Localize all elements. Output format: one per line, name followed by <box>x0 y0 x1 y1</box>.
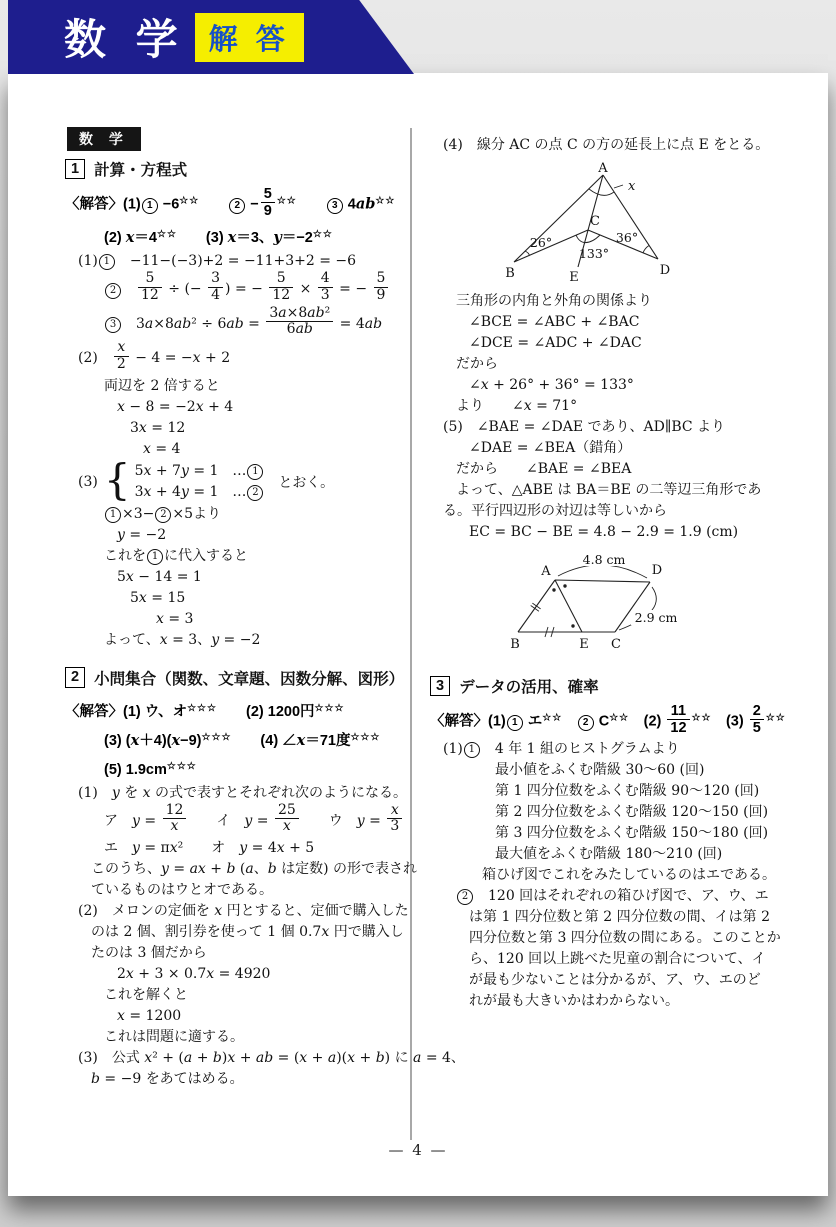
math-variable: y <box>181 463 189 479</box>
math-variable: x <box>277 840 285 856</box>
circled-number: 1 <box>507 715 523 731</box>
section-title: 小問集合（関数、文章題、因数分解、図形） <box>94 667 404 689</box>
math-variable: x <box>126 569 134 585</box>
solution-line: ら、120 回以上跳べた児童の割合について、イ <box>430 949 794 970</box>
star-rating: ☆☆ <box>179 196 199 207</box>
math-variable: y <box>357 813 365 829</box>
solution-line: 最大値をふくむ階級 180～210 (回) <box>430 844 794 865</box>
solution-line: (3) 公式 x² + (a + b)x + ab = (x + a)(x + … <box>65 1048 411 1069</box>
point-label-e: E <box>579 637 589 652</box>
math-variable: ab <box>226 316 243 332</box>
solution-line: (5) ∠BAE = ∠DAE であり、AD∥BC より <box>430 417 794 438</box>
solution-line: が最も少ないことは分かるが、ア、ウ、エのど <box>430 970 794 991</box>
solution-line: x = 3 <box>65 609 411 630</box>
answer-line: (3) (x＋4)(x−9)☆☆☆ (4) ∠x＝71度☆☆☆ <box>65 725 411 754</box>
math-variable: y <box>211 632 219 648</box>
triangle-diagram: A B C D E x 26° 36° 133° <box>476 162 706 287</box>
math-variable: x <box>144 1050 152 1066</box>
fraction: 59 <box>261 186 275 219</box>
math-variable: x <box>117 399 125 415</box>
math-variable: x <box>117 1008 125 1024</box>
section-heading: 1計算・方程式 <box>65 158 411 180</box>
answer-badge: 解 答 <box>195 13 304 62</box>
fraction: 1112 <box>667 703 689 736</box>
math-variable: x <box>297 732 306 749</box>
circled-number: 3 <box>327 198 343 214</box>
math-variable: x <box>171 818 179 834</box>
solution-line: 第 1 四分位数をふくむ階級 90～120 (回) <box>430 781 794 802</box>
math-variable: x <box>321 924 329 940</box>
right-column: (4) 線分 AC の点 C の方の延長上に点 E をとる。 A B C D E… <box>430 127 794 1012</box>
math-variable: x <box>391 802 399 818</box>
fraction: 25x <box>275 803 299 835</box>
point-label-d: D <box>652 563 662 578</box>
math-variable: b <box>268 861 277 877</box>
math-variable: x <box>170 840 178 856</box>
header-banner: 数 学 解 答 <box>8 0 414 74</box>
fraction: 25 <box>750 703 764 736</box>
point-label-e: E <box>569 270 579 285</box>
math-variable: y <box>161 861 169 877</box>
circled-number: 2 <box>457 889 473 905</box>
point-label-a: A <box>540 564 551 579</box>
parallelogram-diagram: 4.8 cm 2.9 cm A D B E C <box>488 547 703 659</box>
math-variable: x <box>347 1050 355 1066</box>
math-variable: x <box>196 399 204 415</box>
fraction: 3a×8ab²6ab <box>266 306 333 338</box>
solution-line: は第 1 四分位数と第 2 四分位数の間、イは第 2 <box>430 907 794 928</box>
solution-line: 最小値をふくむ階級 30～60 (回) <box>430 760 794 781</box>
solution-line: (1)1 4 年 1 組のヒストグラムより <box>430 739 794 760</box>
math-variable: x <box>481 377 489 393</box>
circled-number: 2 <box>229 198 245 214</box>
math-variable: x <box>227 1050 235 1066</box>
fraction: 512 <box>269 271 293 303</box>
section-title: 計算・方程式 <box>94 158 187 180</box>
math-variable: x <box>126 229 135 246</box>
math-variable: y <box>273 229 281 246</box>
math-variable: y <box>132 813 140 829</box>
fraction: 512 <box>138 271 162 303</box>
math-variable: x <box>143 785 151 801</box>
answer-sheet-page: 数 学1計算・方程式〈解答〉(1)1 −6☆☆ 2 −59☆☆ 3 4ab☆☆(… <box>8 73 828 1196</box>
math-variable: x <box>144 463 152 479</box>
point-label-b: B <box>505 266 515 281</box>
section-number: 1 <box>65 159 85 179</box>
solution-line: れが最も大きいかはわからない。 <box>430 991 794 1012</box>
system-rows: 5x + 7y = 1 …13x + 4y = 1 …2 <box>135 461 265 503</box>
left-column: 数 学1計算・方程式〈解答〉(1)1 −6☆☆ 2 −59☆☆ 3 4ab☆☆(… <box>65 127 411 1090</box>
solution-line: これは問題に適する。 <box>65 1027 411 1048</box>
section-heading: 3データの活用、確率 <box>430 675 794 697</box>
math-variable: x <box>206 966 214 982</box>
length-dc-label: 2.9 cm <box>635 610 678 625</box>
solution-line: より ∠x = 71° <box>430 396 794 417</box>
solution-line: ∠DAE = ∠BEA（錯角） <box>430 438 794 459</box>
item-number: (3) <box>78 474 98 490</box>
section-number: 3 <box>430 676 450 696</box>
solution-line: よって、△ABE は BA＝BE の二等辺三角形であ <box>430 480 794 501</box>
point-label-d: D <box>660 263 670 278</box>
circled-number: 2 <box>105 283 121 299</box>
solution-line: 2x + 3 × 0.7x = 4920 <box>65 964 411 985</box>
star-rating: ☆☆☆ <box>202 732 232 743</box>
solution-line: (1) y を x の式で表すとそれぞれ次のようになる。 <box>65 783 411 804</box>
answer-line: 〈解答〉(1)1 −6☆☆ 2 −59☆☆ 3 4ab☆☆ <box>65 187 411 222</box>
solution-line: 四分位数と第 3 四分位数の間にある。このことか <box>430 928 794 949</box>
subject-title: 数 学 <box>64 7 187 67</box>
solution-line: y = −2 <box>65 525 411 546</box>
length-ad-label: 4.8 cm <box>583 552 626 567</box>
solution-line: 両辺を 2 倍すると <box>65 376 411 397</box>
fraction: x2 <box>114 340 129 372</box>
star-rating: ☆☆ <box>609 713 629 724</box>
solution-line: だから <box>430 354 794 375</box>
circled-number: 1 <box>464 742 480 758</box>
solution-line: これを解くと <box>65 985 411 1006</box>
math-variable: x <box>160 632 168 648</box>
math-variable: a <box>245 861 253 877</box>
math-variable: x <box>214 903 222 919</box>
solution-line: 5x = 15 <box>65 588 411 609</box>
math-variable: x <box>117 339 125 355</box>
system-tail-text: とおく。 <box>278 472 334 492</box>
solution-line: 3x = 12 <box>65 418 411 439</box>
solution-line: ア y = 12x イ y = 25x ウ y = x3 <box>65 804 411 838</box>
solution-line: 3 3a×8ab² ÷ 6ab = 3a×8ab²6ab = 4ab <box>65 307 411 341</box>
answer-line: (5) 1.9cm☆☆☆ <box>65 754 411 783</box>
solution-line: 2 512 ÷ (− 34) = − 512 × 43 = − 59 <box>65 272 411 306</box>
circled-number: 1 <box>105 507 121 523</box>
page-number: — 4 — <box>8 1141 828 1159</box>
solution-line: たのは 3 個だから <box>65 943 411 964</box>
math-variable: x <box>139 590 147 606</box>
math-variable: ab <box>174 316 191 332</box>
point-label-c: C <box>611 637 621 652</box>
solution-line: x − 8 = −2x + 4 <box>65 397 411 418</box>
math-variable: x <box>143 441 151 457</box>
solution-line: 箱ひげ図でこれをみたしているのはエである。 <box>430 865 794 886</box>
solution-line: これを1に代入すると <box>65 546 411 567</box>
angle-36-label: 36° <box>616 230 638 245</box>
circled-number: 2 <box>578 715 594 731</box>
solution-line: (2) メロンの定価を x 円とすると、定価で購入した <box>65 901 411 922</box>
math-variable: x <box>131 732 140 749</box>
angle-26-label: 26° <box>530 235 552 250</box>
math-variable: b <box>91 1071 100 1087</box>
circled-number: 2 <box>155 507 171 523</box>
math-variable: x <box>156 611 164 627</box>
solution-line: ∠BCE = ∠ABC + ∠BAC <box>430 312 794 333</box>
solution-line: だから ∠BAE = ∠BEA <box>430 459 794 480</box>
math-variable: a <box>278 305 286 321</box>
math-variable: ab <box>365 316 382 332</box>
math-variable: y <box>181 484 189 500</box>
solution-line: ∠x + 26° + 36° = 133° <box>430 375 794 396</box>
section-title: データの活用、確率 <box>459 675 599 697</box>
math-variable: a <box>145 316 153 332</box>
angle-133-label: 133° <box>579 246 609 261</box>
math-variable: a <box>413 1050 421 1066</box>
circled-number: 1 <box>147 549 163 565</box>
system-brace: { <box>104 462 131 498</box>
star-rating: ☆☆ <box>692 713 712 724</box>
math-variable: b <box>213 1050 222 1066</box>
math-variable: x <box>283 818 291 834</box>
solution-line: よって、x = 3、y = −2 <box>65 630 411 651</box>
solution-line: (2) x2 − 4 = −x + 2 <box>65 341 411 375</box>
star-rating: ☆☆ <box>277 196 297 207</box>
star-rating: ☆☆ <box>157 229 177 240</box>
math-variable: y <box>117 527 125 543</box>
solution-line: このうち、y = ax + b (a、b は定数) の形で表され <box>65 859 411 880</box>
angle-dot <box>552 588 555 591</box>
math-variable: b <box>226 861 235 877</box>
answer-line: 〈解答〉(1)1 エ☆☆ 2 C☆☆ (2) 1112☆☆ (3) 25☆☆ <box>430 704 794 739</box>
solution-line: る。平行四辺形の対辺は等しいから <box>430 501 794 522</box>
star-rating: ☆☆ <box>313 229 333 240</box>
math-variable: b <box>376 1050 385 1066</box>
math-variable: x <box>228 229 237 246</box>
circled-number: 3 <box>105 317 121 333</box>
angle-dot <box>571 624 574 627</box>
solution-line: x = 1200 <box>65 1006 411 1027</box>
solution-line: ているものはウとオである。 <box>65 880 411 901</box>
section-number: 2 <box>65 667 85 687</box>
star-rating: ☆☆ <box>766 713 786 724</box>
point-label-b: B <box>510 637 520 652</box>
fraction: 59 <box>374 271 389 303</box>
solution-line: (4) 線分 AC の点 C の方の延長上に点 E をとる。 <box>430 135 794 156</box>
system-equation: 3x + 4y = 1 …2 <box>135 482 265 503</box>
star-rating: ☆☆ <box>375 196 395 207</box>
star-rating: ☆☆ <box>542 713 562 724</box>
star-rating: ☆☆☆ <box>315 703 345 714</box>
solution-line: のは 2 個、割引券を使って 1 個 0.7x 円で購入し <box>65 922 411 943</box>
solution-line: 第 3 四分位数をふくむ階級 150～180 (回) <box>430 823 794 844</box>
math-variable: x <box>126 966 134 982</box>
point-label-a: A <box>597 162 608 176</box>
angle-x-label: x <box>628 179 636 194</box>
point-label-c: C <box>590 214 600 229</box>
star-rating: ☆☆☆ <box>187 703 217 714</box>
fraction: 12x <box>163 803 187 835</box>
circled-number: 2 <box>247 485 263 501</box>
math-variable: y <box>112 785 120 801</box>
math-variable: a <box>328 1050 336 1066</box>
math-variable: y <box>244 813 252 829</box>
angle-dot <box>563 584 566 587</box>
solution-line: ∠DCE = ∠ADC + ∠DAC <box>430 333 794 354</box>
math-variable: x <box>139 420 147 436</box>
answer-line: (2) x＝4☆☆ (3) x＝3、y＝−2☆☆ <box>65 222 411 251</box>
math-variable: ab <box>307 305 324 321</box>
math-variable: ab <box>256 1050 273 1066</box>
system-equation: 5x + 7y = 1 …1 <box>135 461 265 482</box>
fraction: 43 <box>318 271 333 303</box>
math-variable: x <box>524 398 532 414</box>
math-variable: x <box>193 350 201 366</box>
subject-tag: 数 学 <box>67 127 141 151</box>
math-variable: y <box>239 840 247 856</box>
math-variable: ab <box>356 196 376 213</box>
solution-line: EC = BC − BE = 4.8 − 2.9 = 1.9 (cm) <box>430 522 794 543</box>
fraction: 34 <box>208 271 223 303</box>
solution-line: エ y = πx² オ y = 4x + 5 <box>65 838 411 859</box>
solution-line: 1×3−2×5より <box>65 504 411 525</box>
circled-number: 1 <box>247 464 263 480</box>
equation-system: (3){5x + 7y = 1 …13x + 4y = 1 …2とおく。 <box>65 461 411 503</box>
circled-number: 1 <box>99 254 115 270</box>
solution-line: 5x − 14 = 1 <box>65 567 411 588</box>
star-rating: ☆☆☆ <box>350 732 380 743</box>
solution-line: b = −9 をあてはめる。 <box>65 1069 411 1090</box>
solution-line: 三角形の内角と外角の関係より <box>430 291 794 312</box>
math-variable: x <box>299 1050 307 1066</box>
math-variable: x <box>171 732 180 749</box>
solution-line: (1)1 −11−(−3)+2 = −11+3+2 = −6 <box>65 251 411 272</box>
solution-line: 2 120 回はそれぞれの箱ひげ図で、ア、ウ、エ <box>430 886 794 907</box>
math-variable: ax <box>190 861 206 877</box>
section-heading: 2小問集合（関数、文章題、因数分解、図形） <box>65 667 411 689</box>
solution-line: 第 2 四分位数をふくむ階級 120～150 (回) <box>430 802 794 823</box>
fraction: x3 <box>387 803 402 835</box>
math-variable: a <box>184 1050 192 1066</box>
math-variable: ab <box>296 321 313 337</box>
circled-number: 1 <box>142 198 158 214</box>
math-variable: y <box>132 840 140 856</box>
star-rating: ☆☆☆ <box>167 761 197 772</box>
answer-line: 〈解答〉(1) ウ、オ☆☆☆ (2) 1200円☆☆☆ <box>65 696 411 725</box>
math-variable: x <box>144 484 152 500</box>
